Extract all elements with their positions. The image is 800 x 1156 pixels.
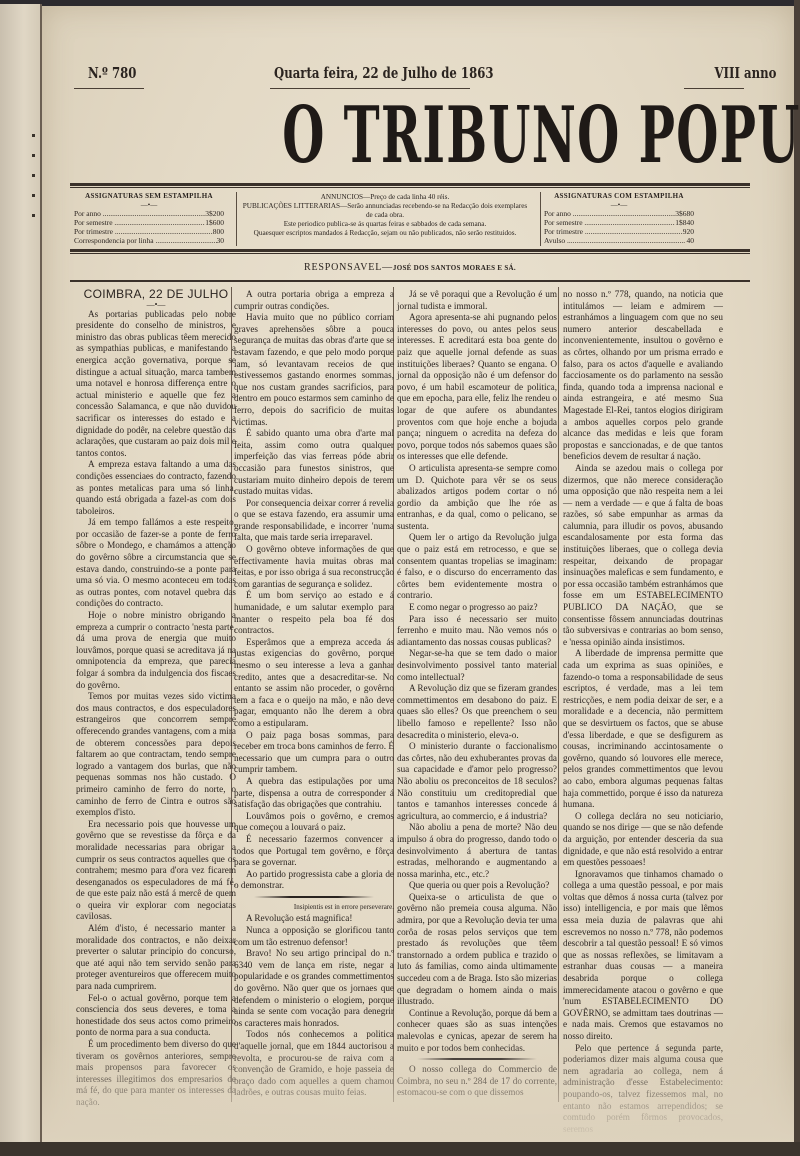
price-row: Correspondencia por linha30 — [74, 236, 224, 245]
price-row: Por semestre1$840 — [544, 218, 694, 227]
paragraph: Agora apresenta-se ahi pugnando pelos in… — [397, 312, 557, 463]
subscriptions-with-stamp: ASSIGNATURAS COM ESTAMPILHA —•— Por anno… — [544, 192, 694, 245]
notices-block: ANNUNCIOS—Preço de cada linha 40 réis. P… — [240, 193, 530, 238]
ornament: —•— — [76, 301, 236, 309]
paragraph: E como negar o progresso ao paiz? — [397, 602, 557, 614]
paragraph: Todos nós conhecemos a politica d'aquell… — [234, 1029, 394, 1099]
paragraph: Ao partido progressista cabe a gloria de… — [234, 869, 394, 892]
paragraph: Ignoravamos que tinhamos chamado o colle… — [563, 869, 723, 1043]
box-divider — [236, 192, 237, 246]
section-divider-ornament — [234, 892, 394, 902]
paragraph: É necessario fazermos convencer a todos … — [234, 834, 394, 869]
article-column-3: Já se vê poraqui que a Revolução é um jo… — [397, 289, 557, 1099]
paragraph: O ministerio durante o faccionalismo das… — [397, 741, 557, 822]
paragraph: A empreza estava faltando a uma das cond… — [76, 459, 236, 517]
box-divider — [540, 192, 541, 246]
submissions-notice: Quaesquer escriptos mandados á Redacção,… — [240, 229, 530, 238]
paragraph: As portarias publicadas pelo nobre presi… — [76, 309, 236, 460]
column-divider — [558, 287, 559, 1102]
paragraph: A liberdade de imprensa permitte que cad… — [563, 648, 723, 810]
issue-date: Quarta feira, 22 de Julho de 1863 — [274, 64, 494, 82]
epigraph: Insipientis est in errore perseverare. — [234, 902, 394, 914]
paragraph: A Revolução diz que se fizeram grandes c… — [397, 683, 557, 741]
paragraph: Por consequencia deixar correr á revelia… — [234, 498, 394, 544]
paragraph: O govêrno obteve informações de que effe… — [234, 544, 394, 590]
paragraph: Hoje o nobre ministro obrigando a emprez… — [76, 610, 236, 691]
paragraph: Nunca a opposição se glorificou tanto co… — [234, 925, 394, 948]
paragraph: O articulista apresenta-se sempre como u… — [397, 463, 557, 533]
article-column-2: A outra portaria obriga a empreza a cump… — [234, 289, 394, 1099]
paragraph: Temos por muitas vezes sido victima dos … — [76, 691, 236, 819]
price-row: Por trimestre920 — [544, 227, 694, 236]
paragraph: É sabido quanto uma obra d'arte mal feit… — [234, 428, 394, 498]
paragraph: Fel-o o actual govêrno, porque tem a con… — [76, 993, 236, 1039]
responsible-editor: RESPONSAVEL—JOSÉ DOS SANTOS MORAES E SÁ. — [70, 262, 750, 273]
paragraph: Queixa-se o articulista de que o govêrno… — [397, 892, 557, 1008]
paragraph: É um bom serviço ao estado e á humanidad… — [234, 590, 394, 636]
adjacent-page-edge — [0, 4, 42, 1144]
ornament: —•— — [74, 201, 224, 209]
masthead-rule — [70, 187, 750, 188]
paragraph: O collega declára no seu noticiario, qua… — [563, 811, 723, 869]
paragraph: Negar-se-ha que se tem dado o maior desi… — [397, 648, 557, 683]
price-row: Avulso40 — [544, 236, 694, 245]
issue-number: N.º 780 — [88, 64, 136, 82]
paragraph: Continue a Revolução, porque dá bem a co… — [397, 1008, 557, 1054]
price-row: Por anno3$200 — [74, 209, 224, 218]
paragraph: O nosso collega do Commercio de Coimbra,… — [397, 1064, 557, 1099]
article-headline: COIMBRA, 22 DE JULHO — [76, 289, 236, 301]
price-row: Por trimestre800 — [74, 227, 224, 236]
paragraph: Já em tempo fallámos a este respeito, po… — [76, 517, 236, 610]
meta-rule — [684, 88, 744, 89]
subscriptions-without-stamp: ASSIGNATURAS SEM ESTAMPILHA —•— Por anno… — [74, 192, 224, 245]
price-row: Por anno3$680 — [544, 209, 694, 218]
paragraph: Quem ler o artigo da Revolução julga que… — [397, 532, 557, 602]
columns-top-rule — [70, 280, 750, 282]
paragraph: Louvâmos pois o govêrno, e cremos que co… — [234, 811, 394, 834]
section-divider-ornament — [397, 1054, 557, 1064]
paragraph: Não aboliu a pena de morte? Não deu impu… — [397, 822, 557, 880]
paragraph: Era necessario pois que houvesse um govê… — [76, 819, 236, 923]
ornament: —•— — [544, 201, 694, 209]
subscriptions-heading: ASSIGNATURAS SEM ESTAMPILHA — [74, 192, 224, 201]
bottom-edge — [0, 1142, 800, 1156]
paragraph: A outra portaria obriga a empreza a cump… — [234, 289, 394, 312]
masthead-meta: N.º 780 Quarta feira, 22 de Julho de 186… — [88, 64, 756, 86]
paragraph: É um procedimento bem diverso do que tiv… — [76, 1039, 236, 1109]
price-row: Por semestre1$600 — [74, 218, 224, 227]
paragraph: Esperâmos que a empreza acceda ás justas… — [234, 637, 394, 730]
header-rule — [70, 249, 750, 252]
paragraph: Bravo! No seu artigo principal do n.º 63… — [234, 948, 394, 1029]
literary-notice: PUBLICAÇÕES LITTERARIAS—Serão annunciada… — [240, 202, 530, 220]
paragraph: O paiz paga bosas sommas, para receber e… — [234, 730, 394, 776]
paragraph: Já se vê poraqui que a Revolução é um jo… — [397, 289, 557, 312]
paragraph: Além d'isto, é necessario manter a moral… — [76, 923, 236, 993]
subscriptions-heading: ASSIGNATURAS COM ESTAMPILHA — [544, 192, 694, 201]
paragraph: no nosso n.º 778, quando, na noticia que… — [563, 289, 723, 463]
paragraph: A Revolução está magnifica! — [234, 913, 394, 925]
meta-rule — [74, 88, 144, 89]
volume-year: VIII anno — [714, 64, 776, 82]
ads-notice: ANNUNCIOS—Preço de cada linha 40 réis. — [240, 193, 530, 202]
article-column-1: COIMBRA, 22 DE JULHO —•— As portarias pu… — [76, 289, 236, 1109]
paragraph: Havia muito que no público corriam grave… — [234, 312, 394, 428]
masthead-rule — [70, 183, 750, 186]
article-column-4: no nosso n.º 778, quando, na noticia que… — [563, 289, 723, 1135]
paragraph: A quebra das estipulações por uma parte,… — [234, 776, 394, 811]
header-rule — [70, 253, 750, 254]
paragraph: Ainda se azedou mais o collega por dizer… — [563, 463, 723, 649]
newspaper-title: O TRIBUNO POPULAR — [88, 92, 756, 180]
paragraph: Que queria ou quer pois a Revolução? — [397, 880, 557, 892]
binding-marks — [32, 134, 36, 234]
meta-rule — [270, 88, 470, 89]
paragraph: Para isso é necessario ser muito ferrenh… — [397, 614, 557, 649]
paragraph: Pelo que pertence á segunda parte, poder… — [563, 1043, 723, 1136]
schedule-notice: Este periodico publica-se ás quartas fei… — [240, 220, 530, 229]
